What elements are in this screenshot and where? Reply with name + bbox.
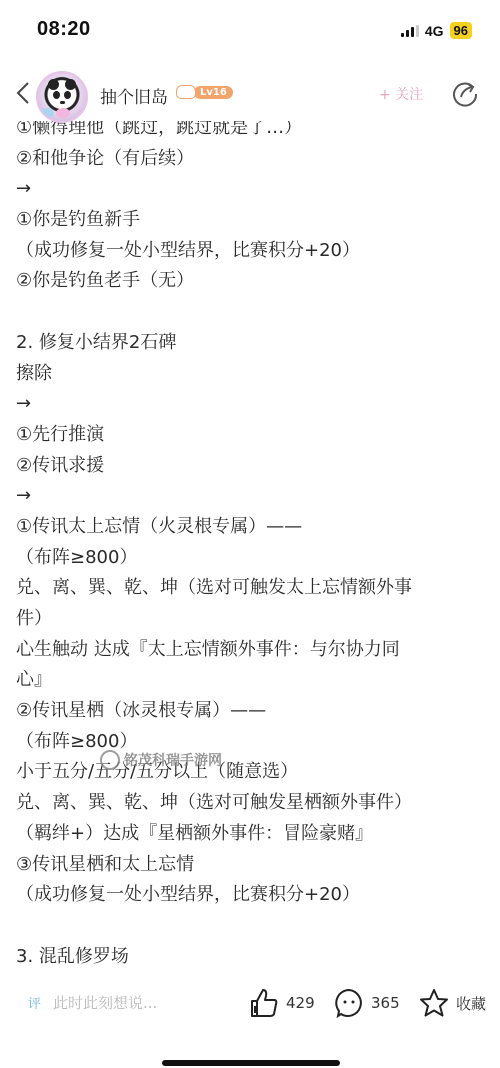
post-line: 件） — [16, 604, 486, 635]
bottom-action-bar: 评 429 365 收藏 — [0, 975, 500, 1068]
post-line: （布阵≥800） — [16, 727, 486, 758]
follow-button[interactable]: + 关注 — [379, 84, 423, 104]
post-body: ①懒得理他（跳过，跳过就是了…） ②和他争论（有后续） → ①你是钓鱼新手 （成… — [16, 113, 486, 972]
star-icon — [418, 987, 450, 1019]
post-line: 心生触动 达成『太上忘情额外事件：与尔协力同 — [16, 635, 486, 666]
post-line: ①传讯太上忘情（火灵根专属）—— — [16, 512, 486, 543]
chevron-left-icon[interactable] — [14, 80, 34, 106]
like-button[interactable]: 429 — [248, 987, 315, 1019]
comment-count: 365 — [371, 994, 400, 1012]
favorite-button[interactable]: 收藏 — [418, 987, 486, 1019]
post-line: 擦除 — [16, 359, 486, 390]
battery-level: 96 — [450, 22, 472, 39]
post-line-blank — [16, 297, 486, 328]
like-count: 429 — [286, 994, 315, 1012]
post-line: ②你是钓鱼老手（无） — [16, 266, 486, 297]
post-line: ②和他争论（有后续） — [16, 144, 486, 175]
signal-icon — [401, 25, 419, 37]
post-line: （成功修复一处小型结界，比赛积分+20） — [16, 880, 486, 911]
post-section-heading: 3. 混乱修罗场 — [16, 942, 486, 973]
post-line: ②传讯星栖（冰灵根专属）—— — [16, 696, 486, 727]
home-indicator[interactable] — [162, 1060, 340, 1066]
comment-bubble-icon — [333, 987, 365, 1019]
thumbs-up-icon — [248, 987, 280, 1019]
post-line: （成功修复一处小型结界，比赛积分+20） — [16, 236, 486, 267]
comment-button[interactable]: 365 — [333, 987, 400, 1019]
level-text: Lv16 — [194, 86, 233, 99]
post-section-heading: 2. 修复小结界2石碑 — [16, 328, 486, 359]
post-line: 兑、离、巽、乾、坤（选对可触发星栖额外事件） — [16, 788, 486, 819]
post-content: ①懒得理他（跳过，跳过就是了…） ②和他争论（有后续） → ①你是钓鱼新手 （成… — [0, 0, 500, 975]
status-time: 08:20 — [37, 18, 91, 41]
watermark: 铭茂科瑞手游网 — [100, 750, 222, 770]
level-mascot-icon — [176, 85, 196, 99]
post-line: → — [16, 174, 486, 205]
post-line: ①先行推演 — [16, 420, 486, 451]
post-line: → — [16, 481, 486, 512]
avatar[interactable] — [36, 71, 88, 123]
post-line: 小于五分/五分/五分以上（随意选） — [16, 757, 486, 788]
favorite-label: 收藏 — [456, 993, 486, 1014]
post-line: ①你是钓鱼新手 — [16, 205, 486, 236]
post-line: （羁绊+）达成『星栖额外事件：冒险豪赌』 — [16, 819, 486, 850]
post-line: → — [16, 389, 486, 420]
post-line: 兑、离、巽、乾、坤（选对可触发太上忘情额外事 — [16, 573, 486, 604]
comment-input[interactable] — [53, 994, 203, 1012]
post-line: ③传讯星栖和太上忘情 — [16, 850, 486, 881]
nav-bar: 抽个旧岛 Lv16 + 关注 — [0, 65, 500, 121]
post-line: 心』 — [16, 665, 486, 696]
post-line-blank — [16, 911, 486, 942]
comment-pen-icon: 评 — [28, 993, 41, 1012]
watermark-text: 铭茂科瑞手游网 — [124, 750, 222, 770]
level-badge: Lv16 — [176, 85, 233, 99]
post-line: ②传讯求援 — [16, 451, 486, 482]
network-type: 4G — [425, 23, 444, 39]
comment-box[interactable]: 评 — [28, 993, 203, 1012]
status-bar: 08:20 4G 96 — [0, 0, 500, 60]
post-line: （布阵≥800） — [16, 543, 486, 574]
username[interactable]: 抽个旧岛 — [100, 83, 168, 108]
status-indicators: 4G 96 — [401, 22, 472, 39]
watermark-logo-icon — [100, 750, 120, 770]
share-icon[interactable] — [451, 79, 479, 107]
